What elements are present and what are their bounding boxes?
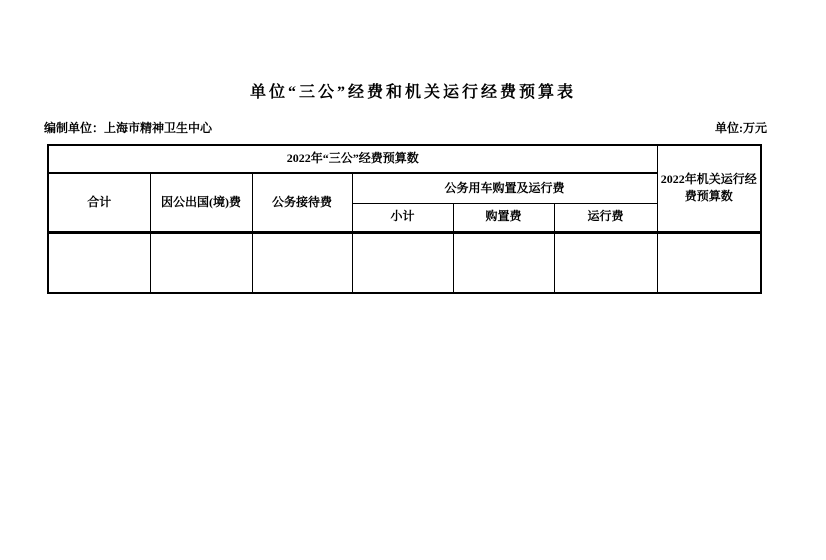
prepared-by: 编制单位：上海市精神卫生中心 [44,121,212,137]
header-vehicle-group: 公务用车购置及运行费 [352,173,657,203]
data-cell-subtotal [352,232,453,293]
header-row-group: 2022年“三公”经费预算数 2022年机关运行经费预算数 [48,145,761,173]
data-cell-operating [657,232,761,293]
page-title: 单位“三公”经费和机关运行经费预算表 [0,83,826,102]
header-total: 合计 [48,173,150,232]
header-subtotal: 小计 [352,203,453,232]
unit-note: 单位:万元 [715,121,767,137]
budget-table: 2022年“三公”经费预算数 2022年机关运行经费预算数 合计 因公出国(境)… [47,144,762,294]
data-cell-purchase [453,232,554,293]
header-purchase: 购置费 [453,203,554,232]
table-row [48,232,761,293]
header-row-columns: 合计 因公出国(境)费 公务接待费 公务用车购置及运行费 [48,173,761,203]
prepared-by-label: 编制单位： [44,121,104,135]
meta-row: 编制单位：上海市精神卫生中心 单位:万元 [44,121,767,137]
header-sangong-group: 2022年“三公”经费预算数 [48,145,657,173]
header-running: 运行费 [554,203,657,232]
header-reception: 公务接待费 [252,173,352,232]
data-cell-reception [252,232,352,293]
data-cell-running [554,232,657,293]
header-operating-budget: 2022年机关运行经费预算数 [657,145,761,232]
prepared-by-value: 上海市精神卫生中心 [104,121,212,135]
header-abroad: 因公出国(境)费 [150,173,252,232]
data-cell-total [48,232,150,293]
data-cell-abroad [150,232,252,293]
